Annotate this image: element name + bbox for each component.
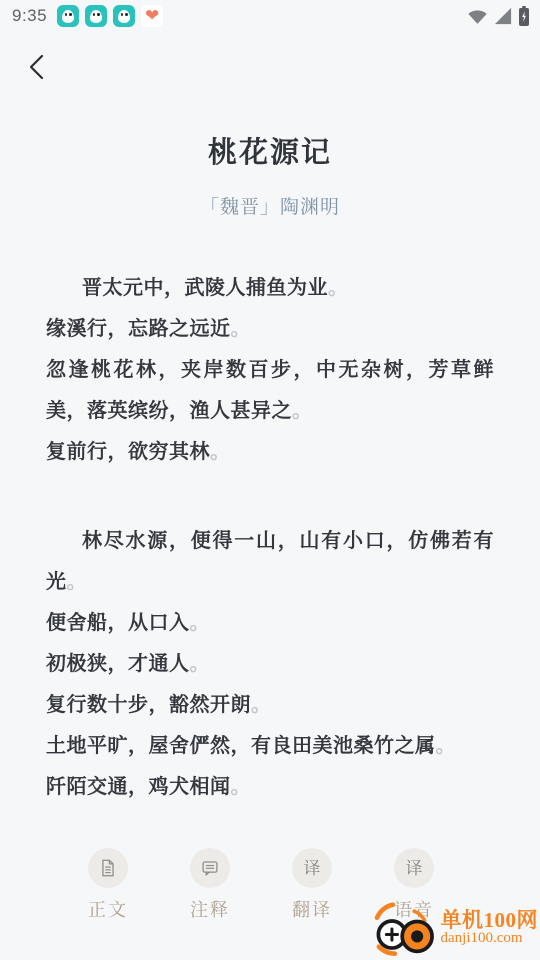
status-time: 9:35 (12, 6, 47, 26)
sentence: 缘溪行，忘路之远近。 (46, 309, 494, 350)
sentence: 复前行，欲穷其林。 (46, 432, 494, 473)
sentence-period: 。 (231, 776, 252, 798)
voice-translate-icon: 译 (406, 860, 423, 877)
sentence-period: 。 (210, 441, 231, 463)
battery-charging-icon (518, 6, 530, 26)
signal-icon (493, 7, 513, 25)
heart-hands-icon: ❤ (141, 5, 163, 27)
annotation-bubble-icon (199, 857, 221, 879)
sentence-period: 。 (251, 694, 272, 716)
sentence-period: 。 (190, 612, 211, 634)
tab-translation[interactable]: 译 翻译 (280, 848, 344, 921)
sentence-period: 。 (436, 735, 457, 757)
danji100-logo-icon (372, 900, 438, 956)
top-nav (0, 44, 540, 90)
sentence: 忽逢桃花林，夹岸数百步，中无杂树，芳草鲜美，落英缤纷，渔人甚异之。 (46, 350, 494, 432)
tab-label: 翻译 (280, 899, 344, 921)
notification-icons: ❤ (57, 5, 163, 27)
back-button[interactable] (26, 52, 52, 82)
tab-main-text[interactable]: 正文 (76, 848, 140, 921)
sentence-text: 土地平旷，屋舍俨然，有良田美池桑竹之属 (46, 735, 436, 757)
watermark-site-name: 单机100网 (441, 909, 539, 931)
tab-annotations[interactable]: 注释 (178, 848, 242, 921)
sentence: 林尽水源，便得一山，山有小口，仿佛若有光。 (46, 521, 494, 603)
article-body: 晋太元中，武陵人捕鱼为业。缘溪行，忘路之远近。忽逢桃花林，夹岸数百步，中无杂树，… (0, 268, 540, 808)
sentence: 复行数十步，豁然开朗。 (46, 685, 494, 726)
sentence-text: 初极狭，才通人 (46, 653, 190, 675)
sentence-text: 忽逢桃花林，夹岸数百步，中无杂树，芳草鲜美，落英缤纷，渔人甚异之 (46, 359, 494, 422)
sentence-text: 林尽水源，便得一山，山有小口，仿佛若有光 (46, 530, 494, 593)
article: 桃花源记 「魏晋」陶渊明 晋太元中，武陵人捕鱼为业。缘溪行，忘路之远近。忽逢桃花… (0, 134, 540, 808)
article-title: 桃花源记 (0, 134, 540, 172)
sentence: 土地平旷，屋舍俨然，有良田美池桑竹之属。 (46, 726, 494, 767)
sentence-period: 。 (231, 318, 252, 340)
status-bar: 9:35 ❤ (0, 0, 540, 32)
sentence-period: 。 (190, 653, 211, 675)
qq-icon (57, 5, 79, 27)
qq-icon (113, 5, 135, 27)
paragraph: 晋太元中，武陵人捕鱼为业。缘溪行，忘路之远近。忽逢桃花林，夹岸数百步，中无杂树，… (46, 268, 494, 473)
qq-icon (85, 5, 107, 27)
watermark-site-url: danji100.com (441, 931, 539, 947)
sentence-period: 。 (67, 571, 88, 593)
wifi-icon (467, 7, 488, 25)
tab-label: 注释 (178, 899, 242, 921)
tab-label: 正文 (76, 899, 140, 921)
sentence-text: 缘溪行，忘路之远近 (46, 318, 231, 340)
site-watermark: 单机100网 danji100.com (372, 900, 539, 956)
chevron-left-icon (26, 53, 48, 81)
document-icon (97, 857, 119, 879)
paragraph: 林尽水源，便得一山，山有小口，仿佛若有光。便舍船，从口入。初极狭，才通人。复行数… (46, 521, 494, 808)
system-status-icons (467, 6, 530, 26)
sentence: 便舍船，从口入。 (46, 603, 494, 644)
translate-icon: 译 (304, 860, 321, 877)
sentence-text: 复行数十步，豁然开朗 (46, 694, 251, 716)
sentence-text: 复前行，欲穷其林 (46, 441, 210, 463)
article-byline: 「魏晋」陶渊明 (0, 196, 540, 220)
sentence-text: 晋太元中，武陵人捕鱼为业 (82, 277, 328, 299)
sentence: 晋太元中，武陵人捕鱼为业。 (46, 268, 494, 309)
sentence-period: 。 (292, 400, 313, 422)
reader-page: 9:35 ❤ (0, 0, 540, 960)
sentence: 初极狭，才通人。 (46, 644, 494, 685)
sentence-period: 。 (328, 277, 349, 299)
sentence: 阡陌交通，鸡犬相闻。 (46, 767, 494, 808)
sentence-text: 便舍船，从口入 (46, 612, 190, 634)
sentence-text: 阡陌交通，鸡犬相闻 (46, 776, 231, 798)
